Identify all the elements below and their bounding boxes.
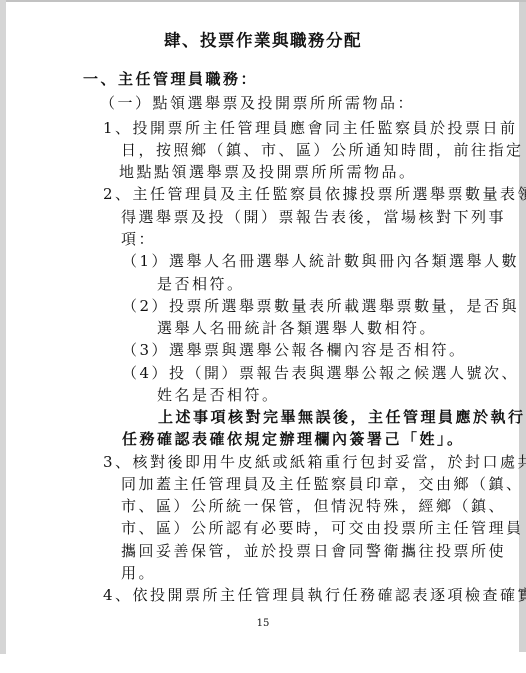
list-item-3-line-2: 同加蓋主任管理員及主任監察員印章，交由鄉（鎮、 xyxy=(121,474,524,494)
subsection-heading: （一）點領選舉票及投開票所所需物品： xyxy=(100,93,415,113)
scan-edge-right xyxy=(519,2,526,652)
list-item-1-line-2: 日，按照鄉（鎮、市、區）公所通知時間，前往指定 xyxy=(121,140,524,160)
subitem-2-line-1: （2）投票所選舉票數量表所載選舉票數量，是否與 xyxy=(122,296,519,316)
document-page: 肆、投票作業與職務分配 一、主任管理員職務： （一）點領選舉票及投開票所所需物品… xyxy=(0,0,526,673)
list-item-2-line-2: 得選舉票及投（開）票報告表後，當場核對下列事 xyxy=(121,207,506,227)
scan-edge-top xyxy=(0,0,526,2)
chapter-title: 肆、投票作業與職務分配 xyxy=(0,31,526,51)
subitem-2-line-2: 選舉人名冊統計各類選舉人數相符。 xyxy=(157,318,437,338)
scan-edge-left xyxy=(0,0,6,654)
subitem-4-line-1: （4）投（開）票報告表與選舉公報之候選人號次、 xyxy=(122,363,519,383)
section-heading: 一、主任管理員職務： xyxy=(83,69,258,89)
note-line-2: 任務確認表確依規定辦理欄內簽署己「姓」。 xyxy=(122,429,465,449)
subitem-3-line-1: （3）選舉票與選舉公報各欄內容是否相符。 xyxy=(122,340,467,360)
list-item-2-line-1: 2、主任管理員及主任監察員依據投票所選舉票數量表領 xyxy=(103,184,526,204)
subitem-4-line-2: 姓名是否相符。 xyxy=(157,385,280,405)
list-item-3-line-4: 市、區）公所認有必要時，可交由投票所主任管理員 xyxy=(121,518,524,538)
list-item-3-line-1: 3、核對後即用牛皮紙或紙箱重行包封妥當，於封口處共 xyxy=(103,452,526,472)
list-item-2-line-3: 項： xyxy=(121,229,156,249)
note-line-1: 上述事項核對完畢無誤後，主任管理員應於執行 xyxy=(158,407,526,427)
list-item-3-line-3: 市、區）公所統一保管，但情況特殊，經鄉（鎮、 xyxy=(121,496,506,516)
page-number: 15 xyxy=(0,618,526,630)
list-item-4-line-1: 4、依投開票所主任管理員執行任務確認表逐項檢查確實 xyxy=(103,585,526,605)
list-item-1-line-1: 1、投開票所主任管理員應會同主任監察員於投票日前 1 xyxy=(103,118,526,138)
list-item-3-line-6: 用。 xyxy=(121,563,156,583)
subitem-1-line-1: （1）選舉人名冊選舉人統計數與冊內各類選舉人數 xyxy=(122,251,519,271)
list-item-1-line-3: 地點點領選舉票及投開票所所需物品。 xyxy=(119,162,417,182)
subitem-1-line-2: 是否相符。 xyxy=(157,274,245,294)
list-item-3-line-5: 攜回妥善保管，並於投票日會同警衛攜往投票所使 xyxy=(121,541,506,561)
